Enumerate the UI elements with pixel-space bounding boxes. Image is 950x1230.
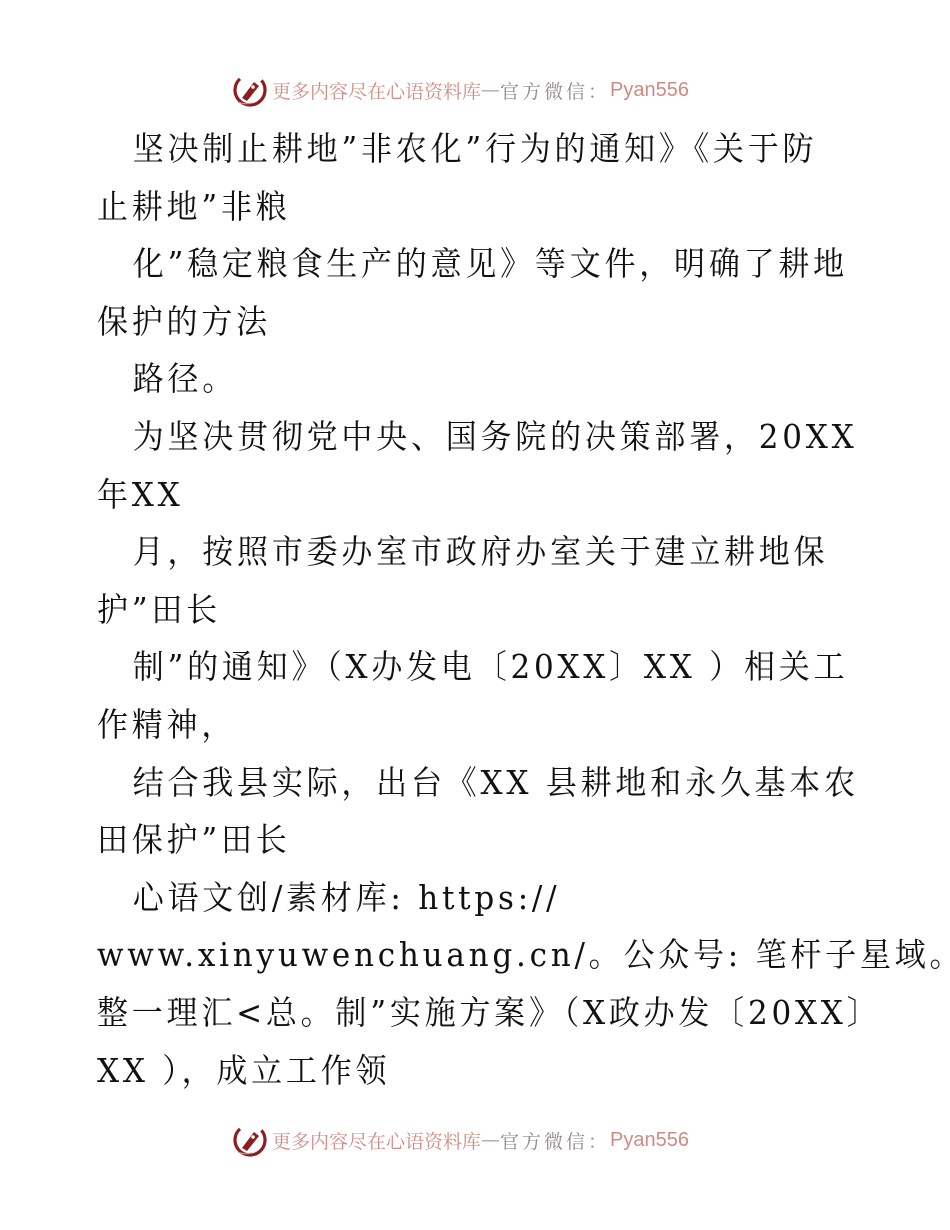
text-line: 作精神， (97, 696, 821, 754)
text-line: 止耕地”非粮 (97, 178, 821, 236)
watermark-wechat-id: Pyan556 (610, 79, 689, 102)
watermark-wechat-label: 官方微信： (500, 77, 610, 104)
footer-watermark: 更多内容尽在心语资料库 — 官方微信： Pyan556 (232, 1120, 689, 1160)
document-body: 坚决制止耕地”非农化”行为的通知》《关于防 止耕地”非粮 化”稳定粮食生产的意见… (97, 120, 867, 1099)
text-line: 心语文创/素材库: https:// (97, 869, 821, 927)
text-line: 化”稳定粮食生产的意见》等文件，明确了耕地 (97, 235, 821, 293)
watermark-dash: — (481, 1129, 500, 1151)
text-line: 保护的方法 (97, 293, 821, 351)
text-line: 为坚决贯彻党中央、国务院的决策部署，20XX (97, 408, 821, 466)
text-line: 制”的通知》（X办发电〔20XX〕XX ）相关工 (97, 638, 821, 696)
pen-nib-logo-icon (232, 72, 268, 108)
watermark-wechat-label: 官方微信： (500, 1127, 610, 1154)
watermark-wechat-id: Pyan556 (610, 1129, 689, 1152)
pen-nib-logo-icon (232, 1122, 268, 1158)
watermark-dash: — (481, 79, 500, 101)
text-line: 月，按照市委办室市政府办室关于建立耕地保 (97, 523, 821, 581)
text-line: 护”田长 (97, 581, 821, 639)
watermark-site-text: 更多内容尽在心语资料库 (272, 1127, 481, 1154)
watermark-site-text: 更多内容尽在心语资料库 (272, 77, 481, 104)
text-line: 路径。 (97, 350, 821, 408)
header-watermark: 更多内容尽在心语资料库 — 官方微信： Pyan556 (232, 70, 689, 110)
text-line: 整一理汇<总。制”实施方案》（X政办发〔20XX〕 (97, 984, 821, 1042)
text-line: 坚决制止耕地”非农化”行为的通知》《关于防 (97, 120, 821, 178)
text-line: 年XX (97, 466, 821, 524)
text-line: XX ），成立工作领 (97, 1042, 821, 1100)
text-line: www.xinyuwenchuang.cn/。公众号: 笔杆子星域。 (97, 926, 821, 984)
text-line: 田保护”田长 (97, 811, 821, 869)
text-line: 结合我县实际，出台《XX 县耕地和永久基本农 (97, 754, 821, 812)
